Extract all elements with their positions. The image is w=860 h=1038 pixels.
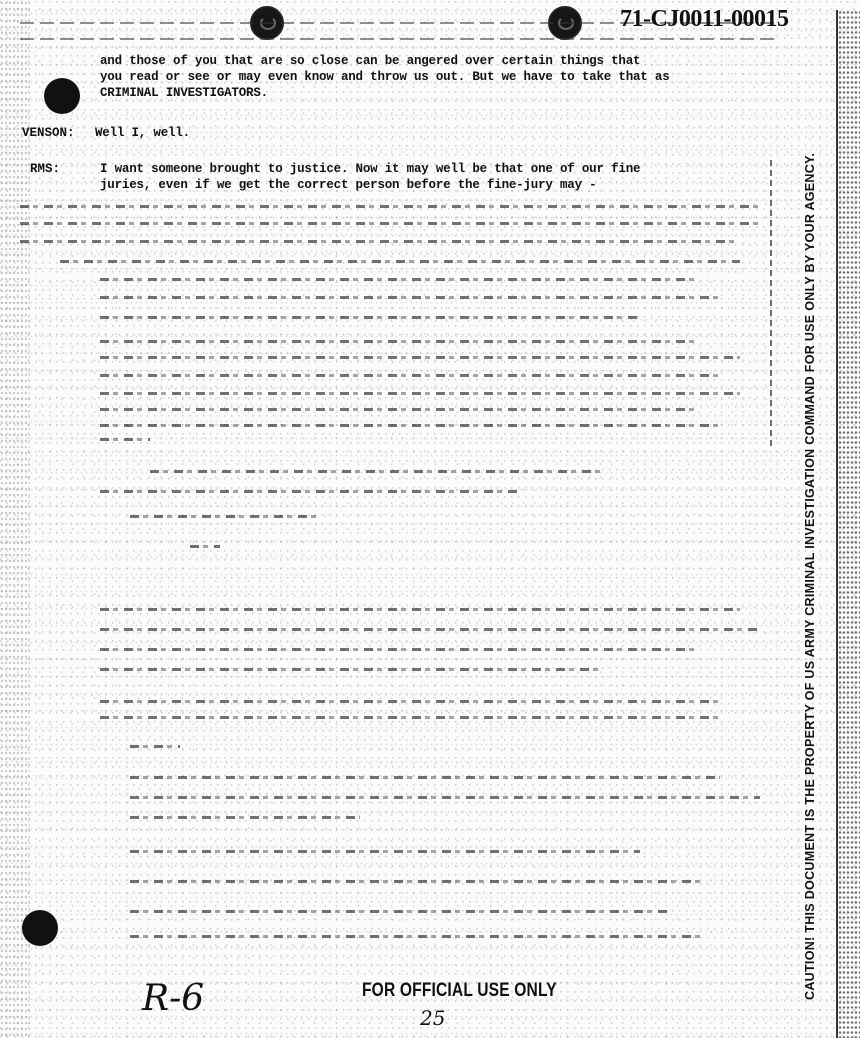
illegible-line: [100, 438, 150, 441]
illegible-line: [130, 776, 720, 779]
illegible-line: [100, 356, 740, 359]
document-id: 71-CJ0011-00015: [620, 6, 789, 33]
illegible-line: [150, 470, 600, 473]
right-edge-noise: [836, 10, 860, 1038]
punch-hole-icon: [44, 78, 80, 114]
illegible-line: [100, 490, 520, 493]
left-edge-noise: [0, 0, 30, 1038]
illegible-line: [190, 545, 220, 548]
illegible-line: [100, 278, 700, 281]
page-number: 25: [420, 1006, 445, 1030]
speaker-label: RMS:: [30, 162, 60, 176]
transcript-line: you read or see or may even know and thr…: [100, 70, 670, 84]
illegible-line: [130, 745, 180, 748]
illegible-line: [60, 260, 740, 263]
transcript-line: I want someone brought to justice. Now i…: [100, 162, 640, 176]
illegible-line: [20, 222, 760, 225]
caution-notice: CAUTION! THIS DOCUMENT IS THE PROPERTY O…: [803, 153, 817, 1000]
redaction-bracket: [770, 160, 772, 450]
illegible-line: [100, 408, 700, 411]
faded-header-rule: [20, 38, 780, 40]
illegible-line: [20, 205, 760, 208]
illegible-line: [130, 816, 360, 819]
illegible-line: [100, 648, 700, 651]
illegible-line: [20, 240, 740, 243]
illegible-line: [130, 796, 760, 799]
illegible-line: [100, 608, 740, 611]
classification-footer: FOR OFFICIAL USE ONLY: [362, 980, 557, 1002]
document-page: 71-CJ0011-00015 and those of you that ar…: [0, 0, 860, 1038]
illegible-line: [130, 910, 670, 913]
illegible-line: [100, 716, 720, 719]
illegible-line: [130, 880, 700, 883]
illegible-line: [100, 374, 720, 377]
illegible-line: [130, 935, 700, 938]
transcript-line: juries, even if we get the correct perso…: [100, 178, 596, 192]
handwritten-mark: R-6: [142, 978, 204, 1019]
illegible-line: [130, 515, 320, 518]
illegible-line: [100, 700, 720, 703]
transcript-line: CRIMINAL INVESTIGATORS.: [100, 86, 268, 100]
illegible-line: [100, 392, 740, 395]
illegible-line: [130, 850, 640, 853]
illegible-line: [100, 668, 600, 671]
illegible-line: [100, 296, 720, 299]
transcript-line: Well I, well.: [95, 126, 190, 140]
speaker-label: VENSON:: [22, 126, 75, 140]
illegible-line: [100, 424, 720, 427]
illegible-line: [100, 340, 700, 343]
illegible-line: [100, 628, 760, 631]
transcript-line: and those of you that are so close can b…: [100, 54, 640, 68]
punch-hole-icon: [22, 910, 58, 946]
illegible-line: [100, 316, 640, 319]
